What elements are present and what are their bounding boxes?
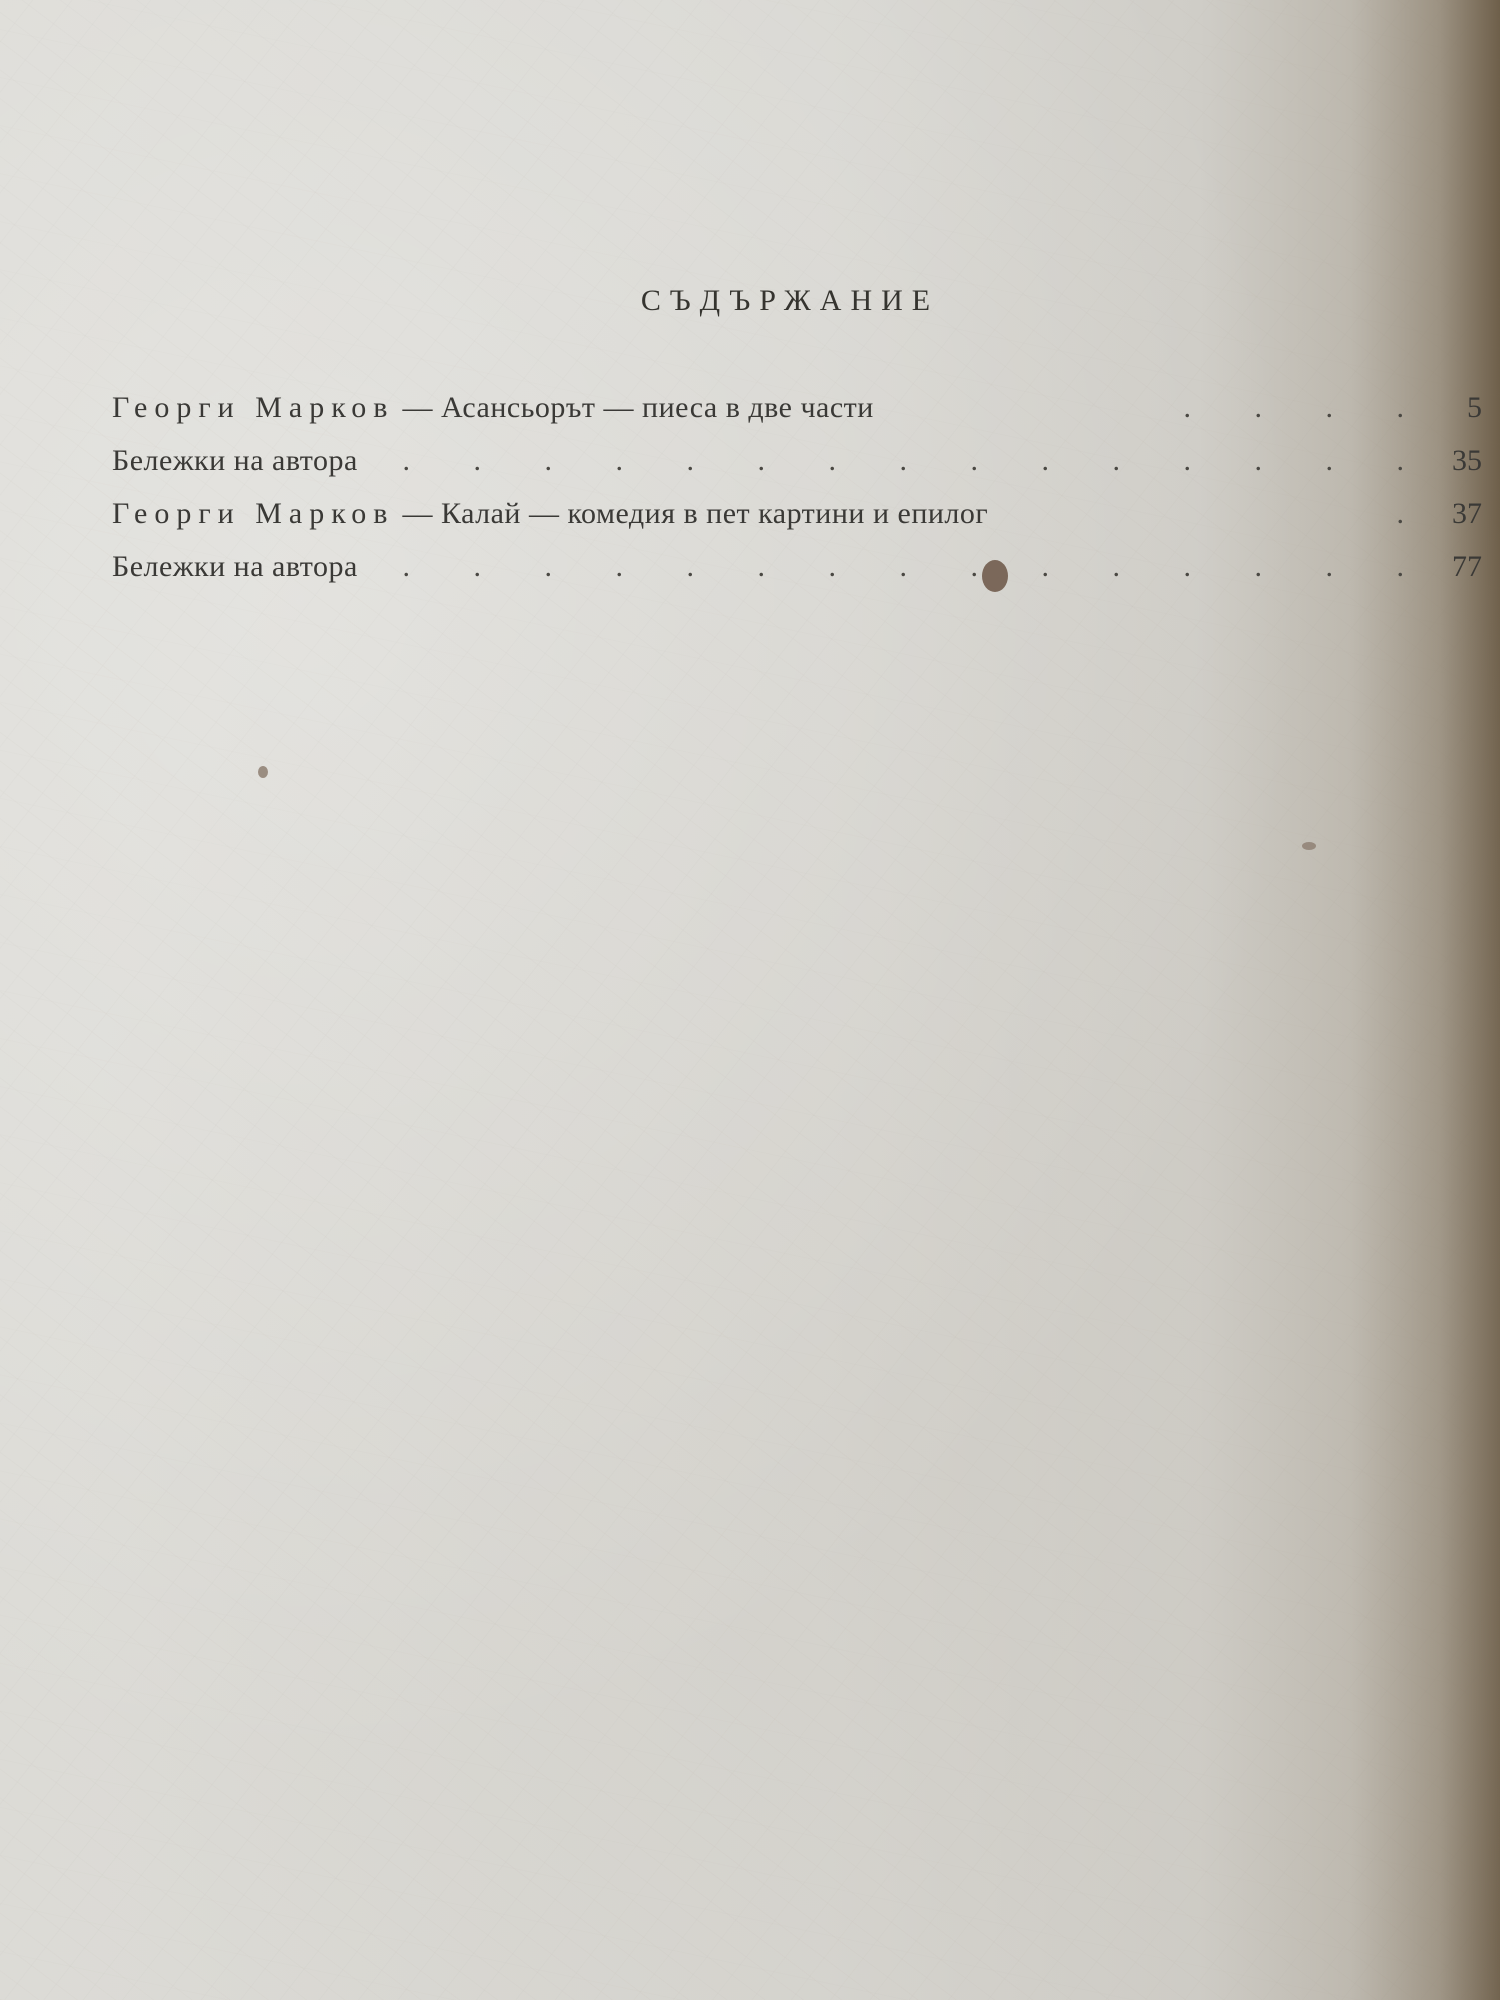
toc-entry: Бележки на автора . . . . . . . . . . . … (112, 529, 1482, 582)
toc-entry-work: — Асансьорът — пиеса в две части (394, 391, 873, 424)
toc-entry-title: Георги Марков — Калай — комедия в пет ка… (112, 499, 988, 529)
toc-entry-work: Бележки на автора (112, 550, 358, 583)
toc-entry-work: Бележки на автора (112, 444, 358, 477)
dot-leader: . (1018, 499, 1432, 529)
toc-page-number: 77 (1442, 552, 1482, 582)
toc-page-number: 5 (1442, 393, 1482, 423)
toc-entry-title: Бележки на автора (112, 446, 358, 476)
book-page: СЪДЪРЖАНИЕ Георги Марков — Асансьорът — … (0, 0, 1500, 2000)
toc-entry-title: Бележки на автора (112, 552, 358, 582)
toc-page-number: 37 (1442, 499, 1482, 529)
toc-entry-work: — Калай — комедия в пет картини и епилог (394, 497, 988, 530)
table-of-contents: Георги Марков — Асансьорът — пиеса в две… (112, 370, 1482, 582)
toc-page-number: 35 (1442, 446, 1482, 476)
toc-entry: Георги Марков — Асансьорът — пиеса в две… (112, 370, 1482, 423)
toc-entry: Георги Марков — Калай — комедия в пет ка… (112, 476, 1482, 529)
ink-speck (258, 766, 268, 778)
ink-speck (1302, 842, 1316, 850)
dot-leader: . . . . (904, 393, 1432, 423)
dot-leader: . . . . . . . . . . . . . . . . . . . (388, 552, 1432, 582)
toc-entry: Бележки на автора . . . . . . . . . . . … (112, 423, 1482, 476)
toc-entry-author: Георги Марков (112, 391, 394, 424)
toc-entry-title: Георги Марков — Асансьорът — пиеса в две… (112, 393, 874, 423)
toc-heading: СЪДЪРЖАНИЕ (0, 284, 1500, 318)
dot-leader: . . . . . . . . . . . . . . . . . . . (388, 446, 1432, 476)
toc-entry-author: Георги Марков (112, 497, 394, 530)
